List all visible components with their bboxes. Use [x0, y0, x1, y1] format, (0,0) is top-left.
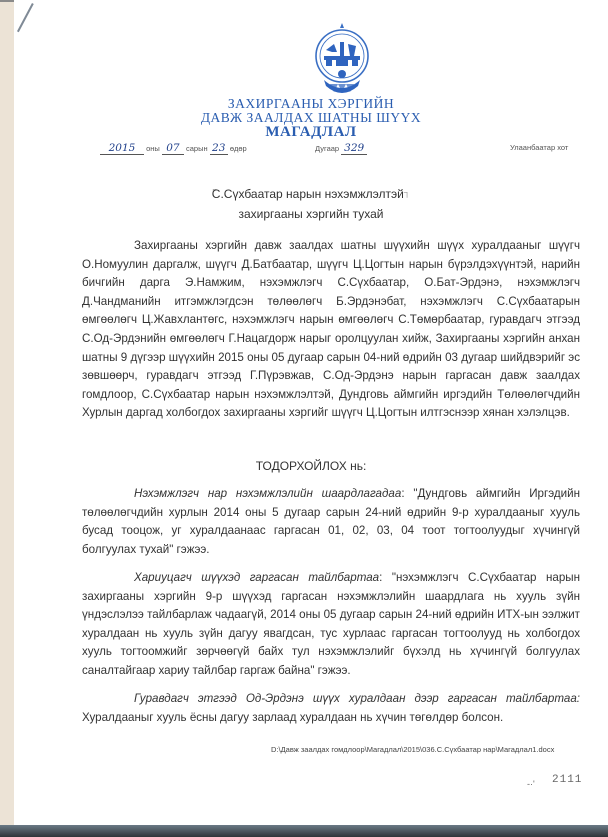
respondent-lead: Хариуцагч шүүхэд гаргасан тайлбартаа	[134, 571, 379, 584]
day-label: өдөр	[230, 144, 247, 153]
subject-line2: захиргааны хэргийн тухай	[14, 207, 608, 221]
footer-file-path: D:\Давж заалдах гомдлоор\Магадлал\2015\0…	[271, 745, 554, 754]
section-heading: ТОДОРХОЙЛОХ нь:	[14, 459, 608, 473]
city-label: Улаанбаатар хот	[510, 143, 568, 152]
scan-edge-strip	[0, 0, 14, 825]
claim-lead: Нэхэмжлэгч нар нэхэмжлэлийн шаардлагадаа	[134, 487, 401, 500]
respondent-paragraph: Хариуцагч шүүхэд гаргасан тайлбартаа: "н…	[82, 569, 580, 681]
year-label: оны	[146, 144, 160, 153]
third-party-lead: Гуравдагч этгээд Од-Эрдэнэ шүүх хуралдаа…	[134, 692, 580, 705]
intro-paragraph: Захиргааны хэргийн давж заалдах шатны шү…	[82, 237, 580, 423]
document-number: Дугаар 329	[315, 143, 367, 155]
date-day: 23	[210, 143, 228, 155]
date-month: 07	[162, 143, 184, 155]
page-stamp-number: 2111	[552, 774, 582, 786]
scan-bottom-band	[0, 825, 608, 837]
claim-paragraph: Нэхэмжлэгч нар нэхэмжлэлийн шаардлагадаа…	[82, 485, 580, 559]
scan-top-edge	[0, 0, 14, 2]
subject-line1: С.Сүхбаатар нарын нэхэмжлэлтэй┐	[14, 187, 608, 201]
stamp-mark: -·'	[527, 779, 535, 789]
document-type-title: МАГАДЛАЛ	[14, 124, 608, 141]
document-page: ЗАХИРГААНЫ ХЭРГИЙН ДАВЖ ЗААЛДАХ ШАТНЫ ШҮ…	[14, 0, 608, 825]
date-year: 2015	[100, 143, 144, 155]
date-line: 2015 оны 07 сарын 23 өдөр	[100, 143, 247, 155]
month-label: сарын	[186, 144, 208, 153]
state-emblem-icon	[310, 22, 374, 102]
number-value: 329	[341, 143, 367, 155]
number-label: Дугаар	[315, 144, 339, 153]
third-party-paragraph: Гуравдагч этгээд Од-Эрдэнэ шүүх хуралдаа…	[82, 690, 580, 727]
